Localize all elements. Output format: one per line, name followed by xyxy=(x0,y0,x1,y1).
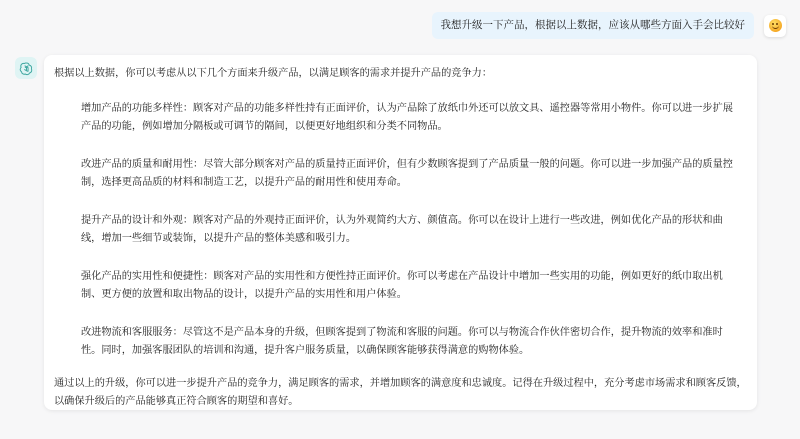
assistant-intro-text: 根据以上数据，你可以考虑从以下几个方面来升级产品，以满足顾客的需求并提升产品的竞… xyxy=(54,65,747,83)
smiley-emoji-icon xyxy=(769,19,782,32)
assistant-conclusion-text: 通过以上的升级，你可以进一步提升产品的竞争力，满足顾客的需求，并增加顾客的满意度… xyxy=(54,375,747,411)
suggestion-item: 强化产品的实用性和便捷性：顾客对产品的实用性和方便性持正面评价。你可以考虑在产品… xyxy=(81,268,742,304)
suggestion-item: 提升产品的设计和外观：顾客对产品的外观持正面评价，认为外观简约大方、颜值高。你可… xyxy=(81,212,742,248)
suggestion-item: 改进物流和客服服务：尽管这不是产品本身的升级，但顾客提到了物流和客服的问题。你可… xyxy=(81,324,742,360)
assistant-avatar xyxy=(15,57,37,79)
user-avatar xyxy=(764,15,786,37)
suggestion-list: 增加产品的功能多样性：顾客对产品的功能多样性持有正面评价，认为产品除了放纸巾外还… xyxy=(54,100,747,360)
chat-conversation: 我想升级一下产品，根据以上数据，应该从哪些方面入手会比较好 根据以上数据，你可以… xyxy=(0,0,800,439)
suggestion-item: 改进产品的质量和耐用性：尽管大部分顾客对产品的质量持正面评价，但有少数顾客提到了… xyxy=(81,156,742,192)
suggestion-item: 增加产品的功能多样性：顾客对产品的功能多样性持有正面评价，认为产品除了放纸巾外还… xyxy=(81,100,742,136)
assistant-message-bubble: 根据以上数据，你可以考虑从以下几个方面来升级产品，以满足顾客的需求并提升产品的竞… xyxy=(44,55,757,410)
user-message-bubble: 我想升级一下产品，根据以上数据，应该从哪些方面入手会比较好 xyxy=(432,12,755,39)
user-message-row: 我想升级一下产品，根据以上数据，应该从哪些方面入手会比较好 xyxy=(432,12,787,39)
openai-logo-icon xyxy=(19,61,34,76)
